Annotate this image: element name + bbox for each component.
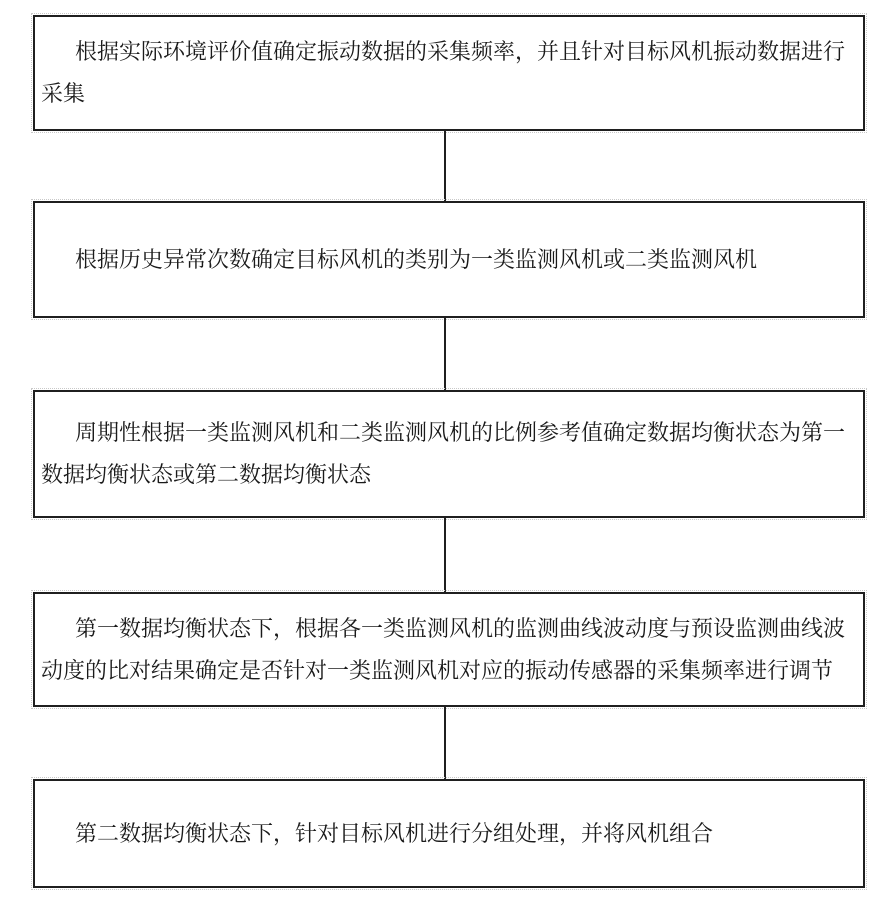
flow-step-box-5: 第二数据均衡状态下，针对目标风机进行分组处理，并将风机组合 <box>33 779 865 888</box>
flow-step-text-5: 第二数据均衡状态下，针对目标风机进行分组处理，并将风机组合 <box>35 813 863 855</box>
flow-step-text-1: 根据实际环境评价值确定振动数据的采集频率，并且针对目标风机振动数据进行采集 <box>35 31 863 115</box>
connector-line-2 <box>444 318 446 390</box>
flowchart-figure: 根据实际环境评价值确定振动数据的采集频率，并且针对目标风机振动数据进行采集 根据… <box>0 0 892 914</box>
flow-step-box-2: 根据历史异常次数确定目标风机的类别为一类监测风机或二类监测风机 <box>33 201 865 318</box>
flow-step-box-3: 周期性根据一类监测风机和二类监测风机的比例参考值确定数据均衡状态为第一数据均衡状… <box>33 390 865 518</box>
connector-line-4 <box>444 707 446 779</box>
flow-step-box-4: 第一数据均衡状态下，根据各一类监测风机的监测曲线波动度与预设监测曲线波动度的比对… <box>33 592 865 707</box>
flow-step-text-2: 根据历史异常次数确定目标风机的类别为一类监测风机或二类监测风机 <box>35 239 863 281</box>
connector-line-1 <box>444 131 446 201</box>
flow-step-text-3: 周期性根据一类监测风机和二类监测风机的比例参考值确定数据均衡状态为第一数据均衡状… <box>35 412 863 496</box>
flow-step-box-1: 根据实际环境评价值确定振动数据的采集频率，并且针对目标风机振动数据进行采集 <box>33 15 865 131</box>
connector-line-3 <box>444 518 446 592</box>
flow-step-text-4: 第一数据均衡状态下，根据各一类监测风机的监测曲线波动度与预设监测曲线波动度的比对… <box>35 608 863 692</box>
